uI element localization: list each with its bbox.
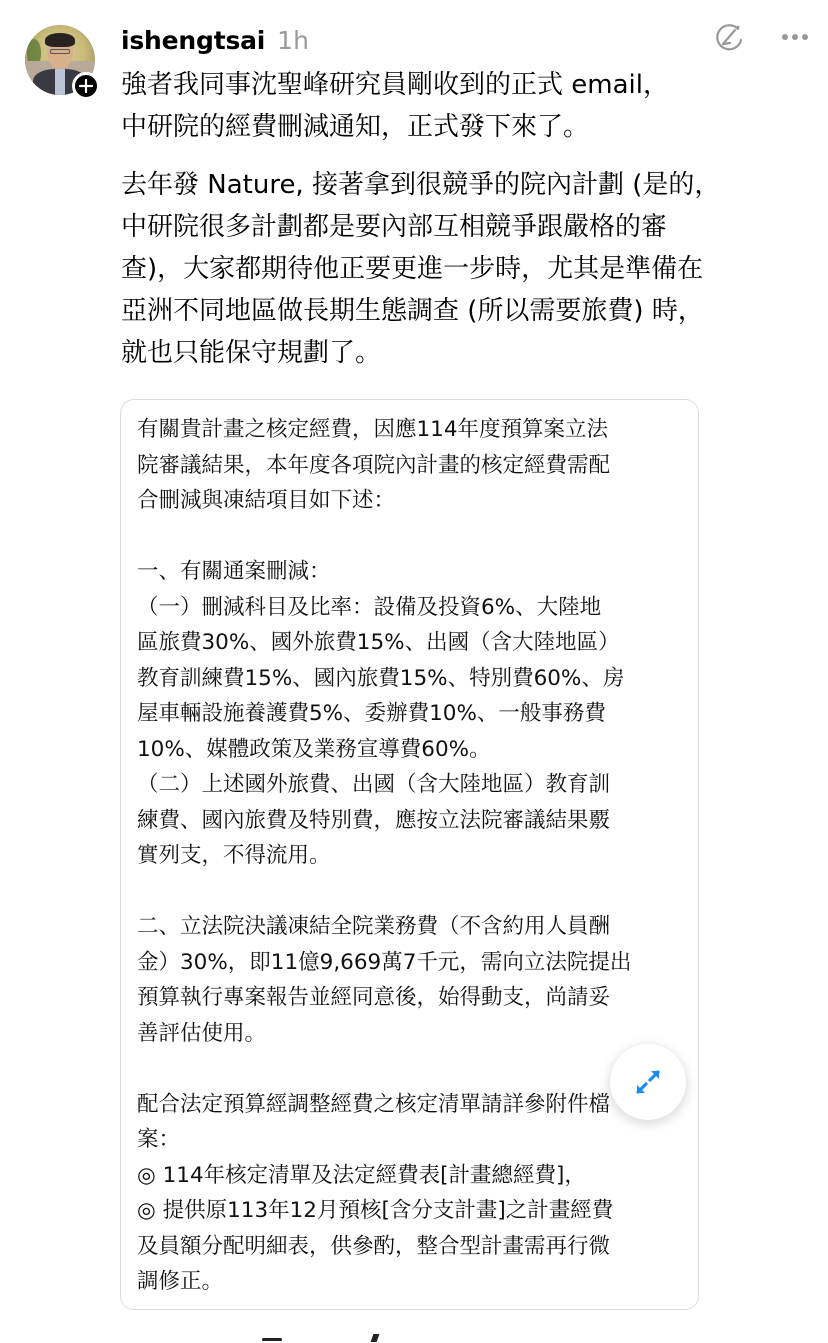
follow-button[interactable] [72,72,100,100]
doc-line: 預算執行專案報告並經同意後，始得動支，尚請妥 [137,980,687,1016]
action-bar-peek [262,1338,282,1341]
expand-button[interactable] [610,1044,686,1120]
caption-line: 中研院很多計劃都是要內部互相競爭跟嚴格的審 [121,206,811,248]
doc-line: 金）30%，即11億9,669萬7千元，需向立法院提出 [137,945,687,981]
timestamp: 1h [277,26,309,55]
caption-line: 查)，大家都期待他正要更進一步時，尤其是準備在 [121,248,811,290]
doc-line: 二、立法院決議凍結全院業務費（不含約用人員酬 [137,909,687,945]
username[interactable]: ishengtsai [121,26,265,55]
doc-line: 案： [137,1122,687,1158]
doc-line: 有關貴計畫之核定經費，因應114年度預算案立法 [137,412,687,448]
doc-line: 合刪減與凍結項目如下述： [137,483,687,519]
expand-icon [631,1065,665,1099]
caption-line: 就也只能保守規劃了。 [121,332,811,374]
email-text: 有關貴計畫之核定經費，因應114年度預算案立法 院審議結果，本年度各項院內計畫的… [137,412,687,1300]
doc-line: 教育訓練費15%、國內旅費15%、特別費60%、房 [137,661,687,697]
doc-line: 調修正。 [137,1264,687,1300]
action-bar-peek [371,1334,380,1342]
threads-ai-icon[interactable] [712,20,746,54]
doc-line: 練費、國內旅費及特別費，應按立法院審議結果覈 [137,803,687,839]
threads-post: ishengtsai 1h 強者我同事沈聖峰研究員剛收到的正式 email， 中… [0,0,828,1343]
doc-line: 區旅費30%、國外旅費15%、出國（含大陸地區） [137,625,687,661]
header-actions [712,20,808,54]
doc-line: 實列支，不得流用。 [137,838,687,874]
doc-line: 一、有關通案刪減： [137,554,687,590]
caption-line: 中研院的經費刪減通知，正式發下來了。 [121,106,811,148]
doc-line: ◎ 提供原113年12月預核[含分支計畫]之計畫經費 [137,1193,687,1229]
plus-icon [79,79,93,93]
doc-line: （二）上述國外旅費、出國（含大陸地區）教育訓 [137,767,687,803]
doc-line: 善評估使用。 [137,1016,687,1052]
caption-line: 亞洲不同地區做長期生態調查 (所以需要旅費) 時， [121,290,811,332]
post-caption: 強者我同事沈聖峰研究員剛收到的正式 email， 中研院的經費刪減通知，正式發下… [121,64,811,374]
more-horizontal-icon[interactable] [782,34,808,40]
post-header: ishengtsai 1h [121,18,808,62]
doc-line: 院審議結果，本年度各項院內計畫的核定經費需配 [137,448,687,484]
caption-line: 強者我同事沈聖峰研究員剛收到的正式 email， [121,64,811,106]
doc-line: 配合法定預算經調整經費之核定清單請詳參附件檔 [137,1087,687,1123]
doc-line: 屋車輛設施養護費5%、委辦費10%、一般事務費 [137,696,687,732]
doc-line: ◎ 114年核定清單及法定經費表[計畫總經費]， [137,1158,687,1194]
doc-line: 及員額分配明細表，供參酌，整合型計畫需再行微 [137,1229,687,1265]
doc-line: 10%、媒體政策及業務宣導費60%。 [137,732,687,768]
avatar[interactable] [25,25,97,97]
caption-line: 去年發 Nature, 接著拿到很競爭的院內計劃 (是的， [121,164,811,206]
doc-line: （一）刪減科目及比率：設備及投資6%、大陸地 [137,590,687,626]
attached-image[interactable]: 有關貴計畫之核定經費，因應114年度預算案立法 院審議結果，本年度各項院內計畫的… [120,399,699,1310]
